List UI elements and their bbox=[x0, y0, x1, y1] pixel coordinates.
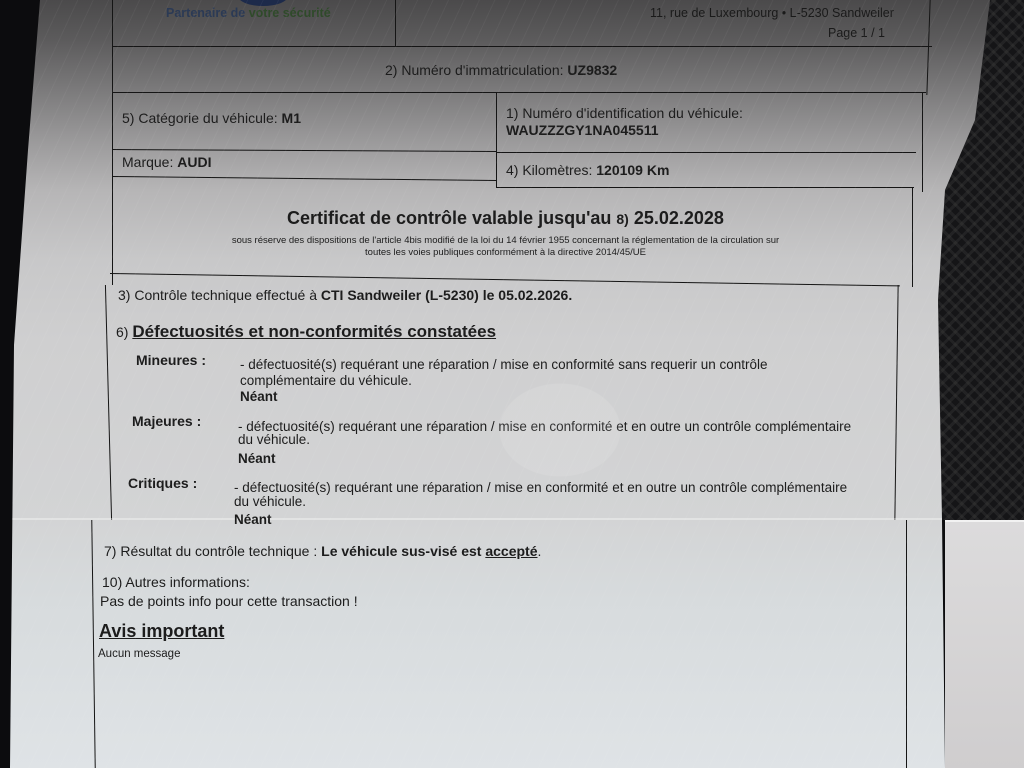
important-notice-message: Aucun message bbox=[98, 648, 180, 660]
vin-value: WAUZZZGY1NA045511 bbox=[506, 122, 659, 138]
page-number: Page 1 / 1 bbox=[828, 26, 885, 40]
other-info-value: Pas de points info pour cette transactio… bbox=[100, 593, 358, 609]
defects-heading: 6) Défectuosités et non-conformités cons… bbox=[116, 322, 496, 342]
certificate-validity-title: Certificat de contrôle valable jusqu'au … bbox=[287, 208, 724, 229]
registration-field: 2) Numéro d'immatriculation: UZ9832 bbox=[385, 62, 617, 78]
result-status: accepté bbox=[485, 543, 537, 559]
paper-fold bbox=[0, 518, 945, 520]
background-white-card bbox=[945, 520, 1024, 768]
inspection-result: 7) Résultat du contrôle technique : Le v… bbox=[104, 543, 541, 559]
brand-field: Marque: AUDI bbox=[122, 154, 211, 170]
logo-icon bbox=[238, 0, 288, 6]
other-info-label: 10) Autres informations: bbox=[102, 574, 250, 590]
certificate-legal-note: sous réserve des dispositions de l'artic… bbox=[218, 235, 793, 259]
vehicle-category-field: 5) Catégorie du véhicule: M1 bbox=[122, 110, 301, 126]
station-address: 11, rue de Luxembourg • L-5230 Sandweile… bbox=[650, 6, 894, 20]
defect-major-value: Néant bbox=[238, 451, 276, 466]
vin-label: 1) Numéro d'identification du véhicule: bbox=[506, 105, 743, 121]
defect-minor-value: Néant bbox=[240, 389, 278, 404]
inspection-location-date: 3) Contrôle technique effectué à CTI San… bbox=[118, 287, 572, 303]
defect-critical-value: Néant bbox=[234, 512, 272, 527]
mileage-field: 4) Kilomètres: 120109 Km bbox=[506, 162, 669, 178]
important-notice-heading: Avis important bbox=[99, 621, 224, 642]
inspection-certificate-paper: Partenaire de votre sécurité 11, rue de … bbox=[0, 0, 1024, 768]
logo-tagline: Partenaire de votre sécurité bbox=[166, 6, 331, 20]
